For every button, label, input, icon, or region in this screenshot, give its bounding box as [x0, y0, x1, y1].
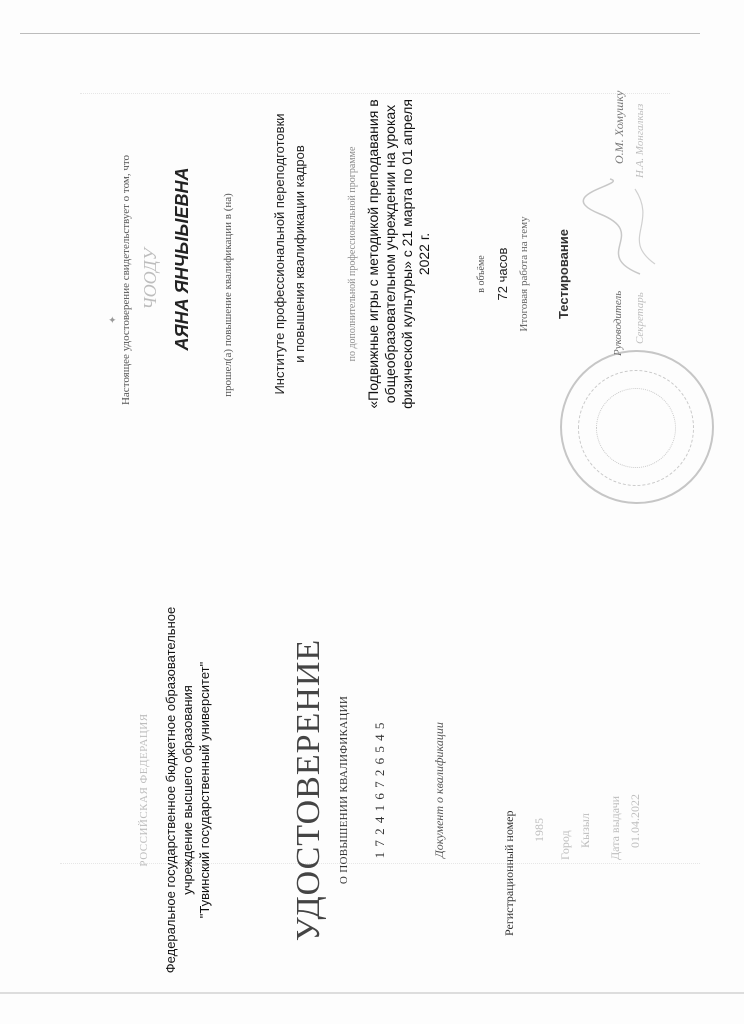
program-line-2: общеобразовательном учреждении на уроках — [382, 64, 399, 444]
head-label: Руководитель — [612, 291, 624, 356]
program-line-4: 2022 г. — [416, 64, 433, 444]
final-work-label: Итоговая работа на тему — [518, 164, 530, 384]
program-title: «Подвижные игры с методикой преподавания… — [365, 64, 433, 444]
program-label: по дополнительной профессиональной прогр… — [347, 94, 358, 414]
institute-line-2: и повышения квалификации кадров — [290, 94, 310, 414]
signature-icon — [580, 174, 660, 284]
institution-line-1: Федеральное государственное бюджетное об… — [162, 580, 179, 1000]
date-label: Дата выдачи — [608, 796, 623, 860]
institution-line-3: "Тувинский государственный университет" — [196, 580, 213, 1000]
institute-name: Институте профессиональной переподготовк… — [270, 94, 310, 414]
city-label: Город — [558, 830, 573, 860]
page-edge-line-right — [20, 33, 700, 34]
institute-line-1: Институте профессиональной переподготовк… — [270, 94, 290, 414]
head-name: О.М. Хомушку — [612, 91, 627, 164]
recipient-name: АЯНА ЯНЧЫЫЕВНА — [172, 134, 193, 384]
final-work-value: Тестирование — [556, 204, 571, 344]
secretary-name: Н.А. Монгалкыз — [634, 104, 646, 178]
reg-number-label: Регистрационный номер — [502, 810, 517, 936]
program-line-3: физической культуры» с 21 марта по 01 ап… — [399, 64, 416, 444]
document-type: Документ о квалификации — [432, 640, 447, 940]
certificate-page: РОССИЙСКАЯ ФЕДЕРАЦИЯ Федеральное государ… — [0, 0, 744, 1024]
intro-text: Настоящее удостоверение свидетельствует … — [120, 120, 132, 440]
city-value: Кызыл — [578, 813, 593, 848]
document-number: 1 7 2 4 1 6 7 2 6 5 4 5 — [372, 680, 388, 900]
volume-label: в объёме — [476, 204, 487, 344]
official-stamp-icon — [560, 350, 714, 504]
reg-number: 1985 — [532, 818, 547, 842]
document-title: УДОСТОВЕРЕНИЕ — [290, 610, 328, 970]
country-label: РОССИЙСКАЯ ФЕДЕРАЦИЯ — [138, 640, 150, 940]
program-line-1: «Подвижные игры с методикой преподавания… — [365, 64, 382, 444]
secretary-label: Секретарь — [634, 292, 646, 344]
recipient-surname: ЧООДУ — [140, 214, 161, 344]
volume-value: 72 часов — [495, 204, 510, 344]
decorative-mark-icon: ✦ — [108, 316, 119, 324]
institution-line-2: учреждение высшего образования — [179, 580, 196, 1000]
document-subtitle: О ПОВЫШЕНИИ КВАЛИФИКАЦИИ — [338, 640, 350, 940]
passed-text: прошел(а) повышение квалификации в (на) — [222, 160, 234, 430]
institution-name: Федеральное государственное бюджетное об… — [162, 580, 213, 1000]
page-edge-line — [0, 992, 744, 994]
date-value: 01.04.2022 — [628, 794, 643, 848]
